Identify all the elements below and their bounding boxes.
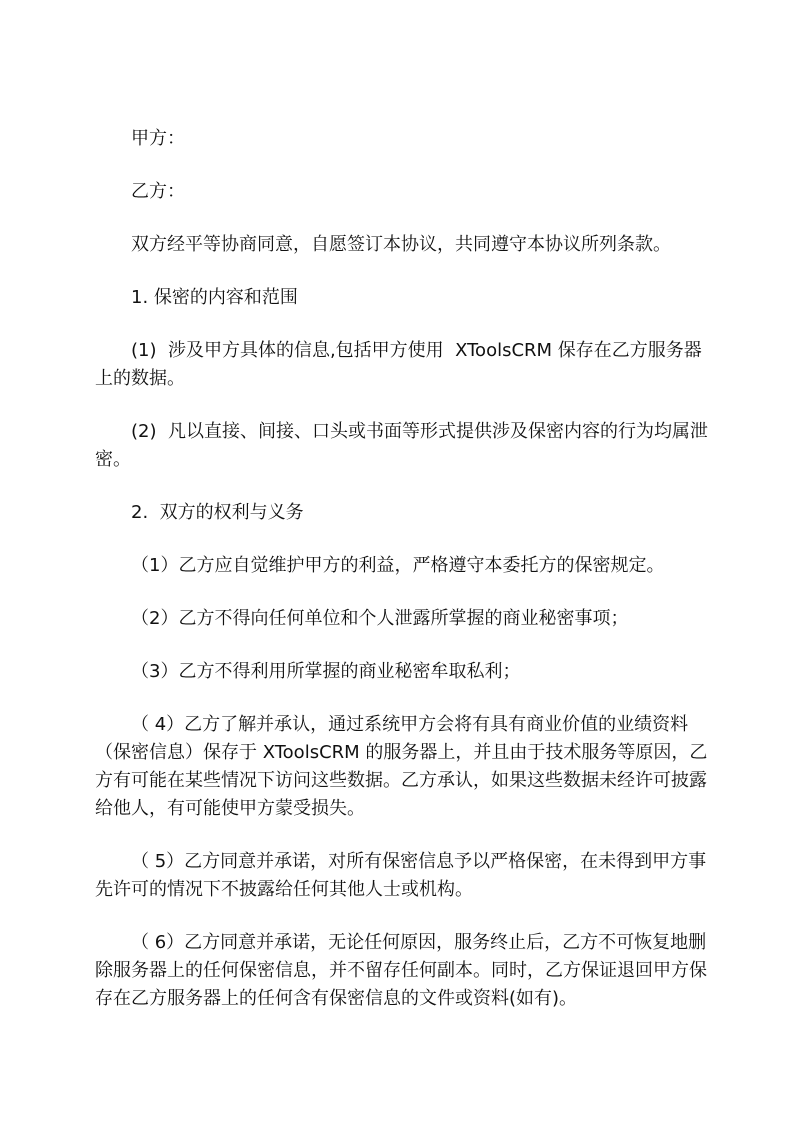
- paragraph-clause-2-5: （ 5）乙方同意并承诺，对所有保密信息予以严格保密，在未得到甲方事先许可的情况下…: [95, 848, 709, 904]
- paragraph-preamble: 双方经平等协商同意，自愿签订本协议，共同遵守本协议所列条款。: [95, 231, 709, 259]
- paragraph-clause-2-3: （3）乙方不得利用所掌握的商业秘密牟取私利；: [95, 658, 709, 686]
- paragraph-clause-2-6: （ 6）乙方同意并承诺，无论任何原因，服务终止后，乙方不可恢复地删除服务器上的任…: [95, 929, 709, 1013]
- paragraph-clause-2-1: （1）乙方应自觉维护甲方的利益，严格遵守本委托方的保密规定。: [95, 552, 709, 580]
- paragraph-section-1-heading: 1. 保密的内容和范围: [95, 284, 709, 312]
- paragraph-party-a-label: 甲方：: [95, 125, 709, 153]
- document-body: 甲方：乙方：双方经平等协商同意，自愿签订本协议，共同遵守本协议所列条款。1. 保…: [0, 0, 793, 1013]
- paragraph-clause-1-2: (2) 凡以直接、间接、口头或书面等形式提供涉及保密内容的行为均属泄密。: [95, 418, 709, 474]
- document-page: 甲方：乙方：双方经平等协商同意，自愿签订本协议，共同遵守本协议所列条款。1. 保…: [0, 0, 793, 1122]
- paragraph-clause-2-2: （2）乙方不得向任何单位和个人泄露所掌握的商业秘密事项；: [95, 605, 709, 633]
- paragraph-clause-1-1: (1) 涉及甲方具体的信息,包括甲方使用 XToolsCRM 保存在乙方服务器上…: [95, 337, 709, 393]
- paragraph-section-2-heading: 2. 双方的权利与义务: [95, 499, 709, 527]
- paragraph-party-b-label: 乙方：: [95, 178, 709, 206]
- paragraph-clause-2-4: （ 4）乙方了解并承认，通过系统甲方会将有具有商业价值的业绩资料（保密信息）保存…: [95, 711, 709, 823]
